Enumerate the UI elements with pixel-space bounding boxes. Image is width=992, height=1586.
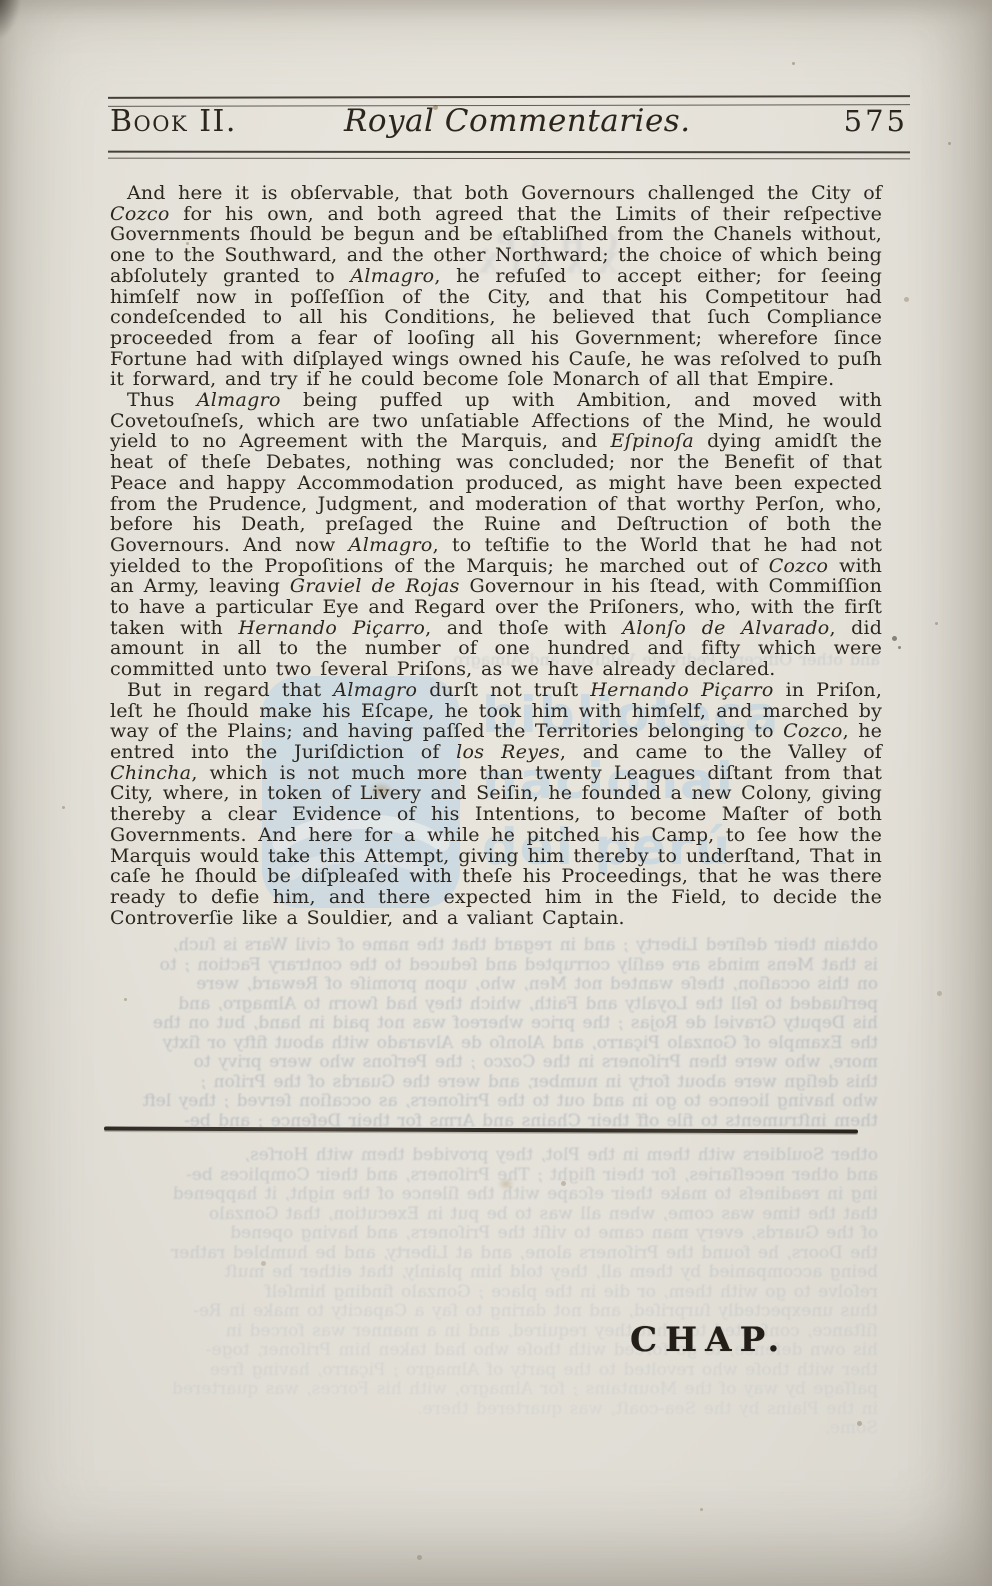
scanned-book-page: { "page": { "book_label": "Book II.", "r… [0,0,992,1586]
paragraph: Thus Almagro being puffed up with Ambiti… [110,390,882,680]
showthrough-line: on this occaſion, theſe wanted not Men, … [114,975,878,995]
showthrough-line: this deſign were about forty in number, … [114,1073,878,1093]
showthrough-line: Some, [114,1419,878,1439]
showthrough-line: ther with thoſe who revolted to the part… [114,1361,878,1381]
text-run: , and came to the Valley of [560,741,882,763]
catchword: CHAP. [630,1320,787,1360]
showthrough-line: reſolve to go with them, or die in the p… [114,1283,878,1303]
showthrough-line: more, who were then Priſoners in the Coz… [114,1053,878,1073]
paragraph: But in regard that Almagro durſt not tru… [110,680,882,928]
paragraph: And here it is obſervable, that both Gov… [110,183,882,390]
showthrough-line: that the time was come, when all was to … [114,1205,878,1225]
paper-stain [498,1178,514,1190]
section-rule [104,1127,858,1133]
showthrough-line: his Deputy Graviel de Rojas ; the price … [114,1014,878,1034]
showthrough-lower-block: other Souldiers with them in the Plot, t… [114,1146,878,1439]
running-title: Royal Commentaries. [237,103,798,139]
showthrough-line: who having licence to go in and out to t… [114,1092,878,1112]
showthrough-line: the Doors, he found the Priſoners alone,… [114,1244,878,1264]
proper-name-italic: Cozco [783,720,843,742]
text-run: , which is not much more than twenty Lea… [110,762,882,929]
showthrough-line: perſuaded to ſell the Loyalty and Faith,… [114,995,878,1015]
page-header: Book II. Royal Commentaries. 575 [110,103,908,139]
showthrough-line: thus unexpectedly ſurpriſed, and not dar… [114,1302,878,1322]
showthrough-line: of the Guards, every man came to viſit t… [114,1224,878,1244]
proper-name-italic: Hernando Piçarro [590,679,773,701]
proper-name-italic: los Reyes [456,741,560,763]
proper-name-italic: Hernando Piçarro [238,617,425,639]
text-run: But in regard that [127,679,333,701]
proper-name-italic: Chincha [110,762,191,784]
text-run: And here it is obſervable, that both Gov… [127,182,882,204]
showthrough-line: is that Mens minds are eaſily corrupted … [114,956,878,976]
page-number: 575 [844,104,908,138]
proper-name-italic: Graviel de Rojas [290,575,460,597]
header-rule-bottom [108,151,910,160]
proper-name-italic: Almagro [197,389,281,411]
proper-name-italic: Almagro [350,265,434,287]
text-run: , and thoſe with [425,617,622,639]
proper-name-italic: Cozco [110,203,170,225]
showthrough-line: and other neceſſaries, for their flight … [114,1166,878,1186]
showthrough-line: ing in readineſs to make their eſcape wi… [114,1185,878,1205]
showthrough-line: being accompanied by them all, they told… [114,1263,878,1283]
showthrough-upper-block: obtain their deſired Liberty ; and in re… [114,936,878,1131]
showthrough-line: in the Plains by the Sea-coaſt, was quar… [114,1400,878,1420]
corner-shadow [0,0,20,38]
proper-name-italic: Almagro [349,534,433,556]
showthrough-line: the Example of Gonzalo Piçarro, and Alon… [114,1034,878,1054]
text-run: durſt not truſt [417,679,590,701]
body-text: And here it is obſervable, that both Gov… [110,183,882,928]
showthrough-line: obtain their deſired Liberty ; and in re… [114,936,878,956]
showthrough-line: other Souldiers with them in the Plot, t… [114,1146,878,1166]
proper-name-italic: Alonſo de Alvarado [622,617,829,639]
showthrough-line: paſſage by way of the Mountains ; for Al… [114,1380,878,1400]
proper-name-italic: Eſpinoſa [610,430,694,452]
proper-name-italic: Almagro [333,679,417,701]
proper-name-italic: Cozco [769,555,829,577]
book-label: Book II. [110,104,237,139]
text-run: Thus [127,389,197,411]
